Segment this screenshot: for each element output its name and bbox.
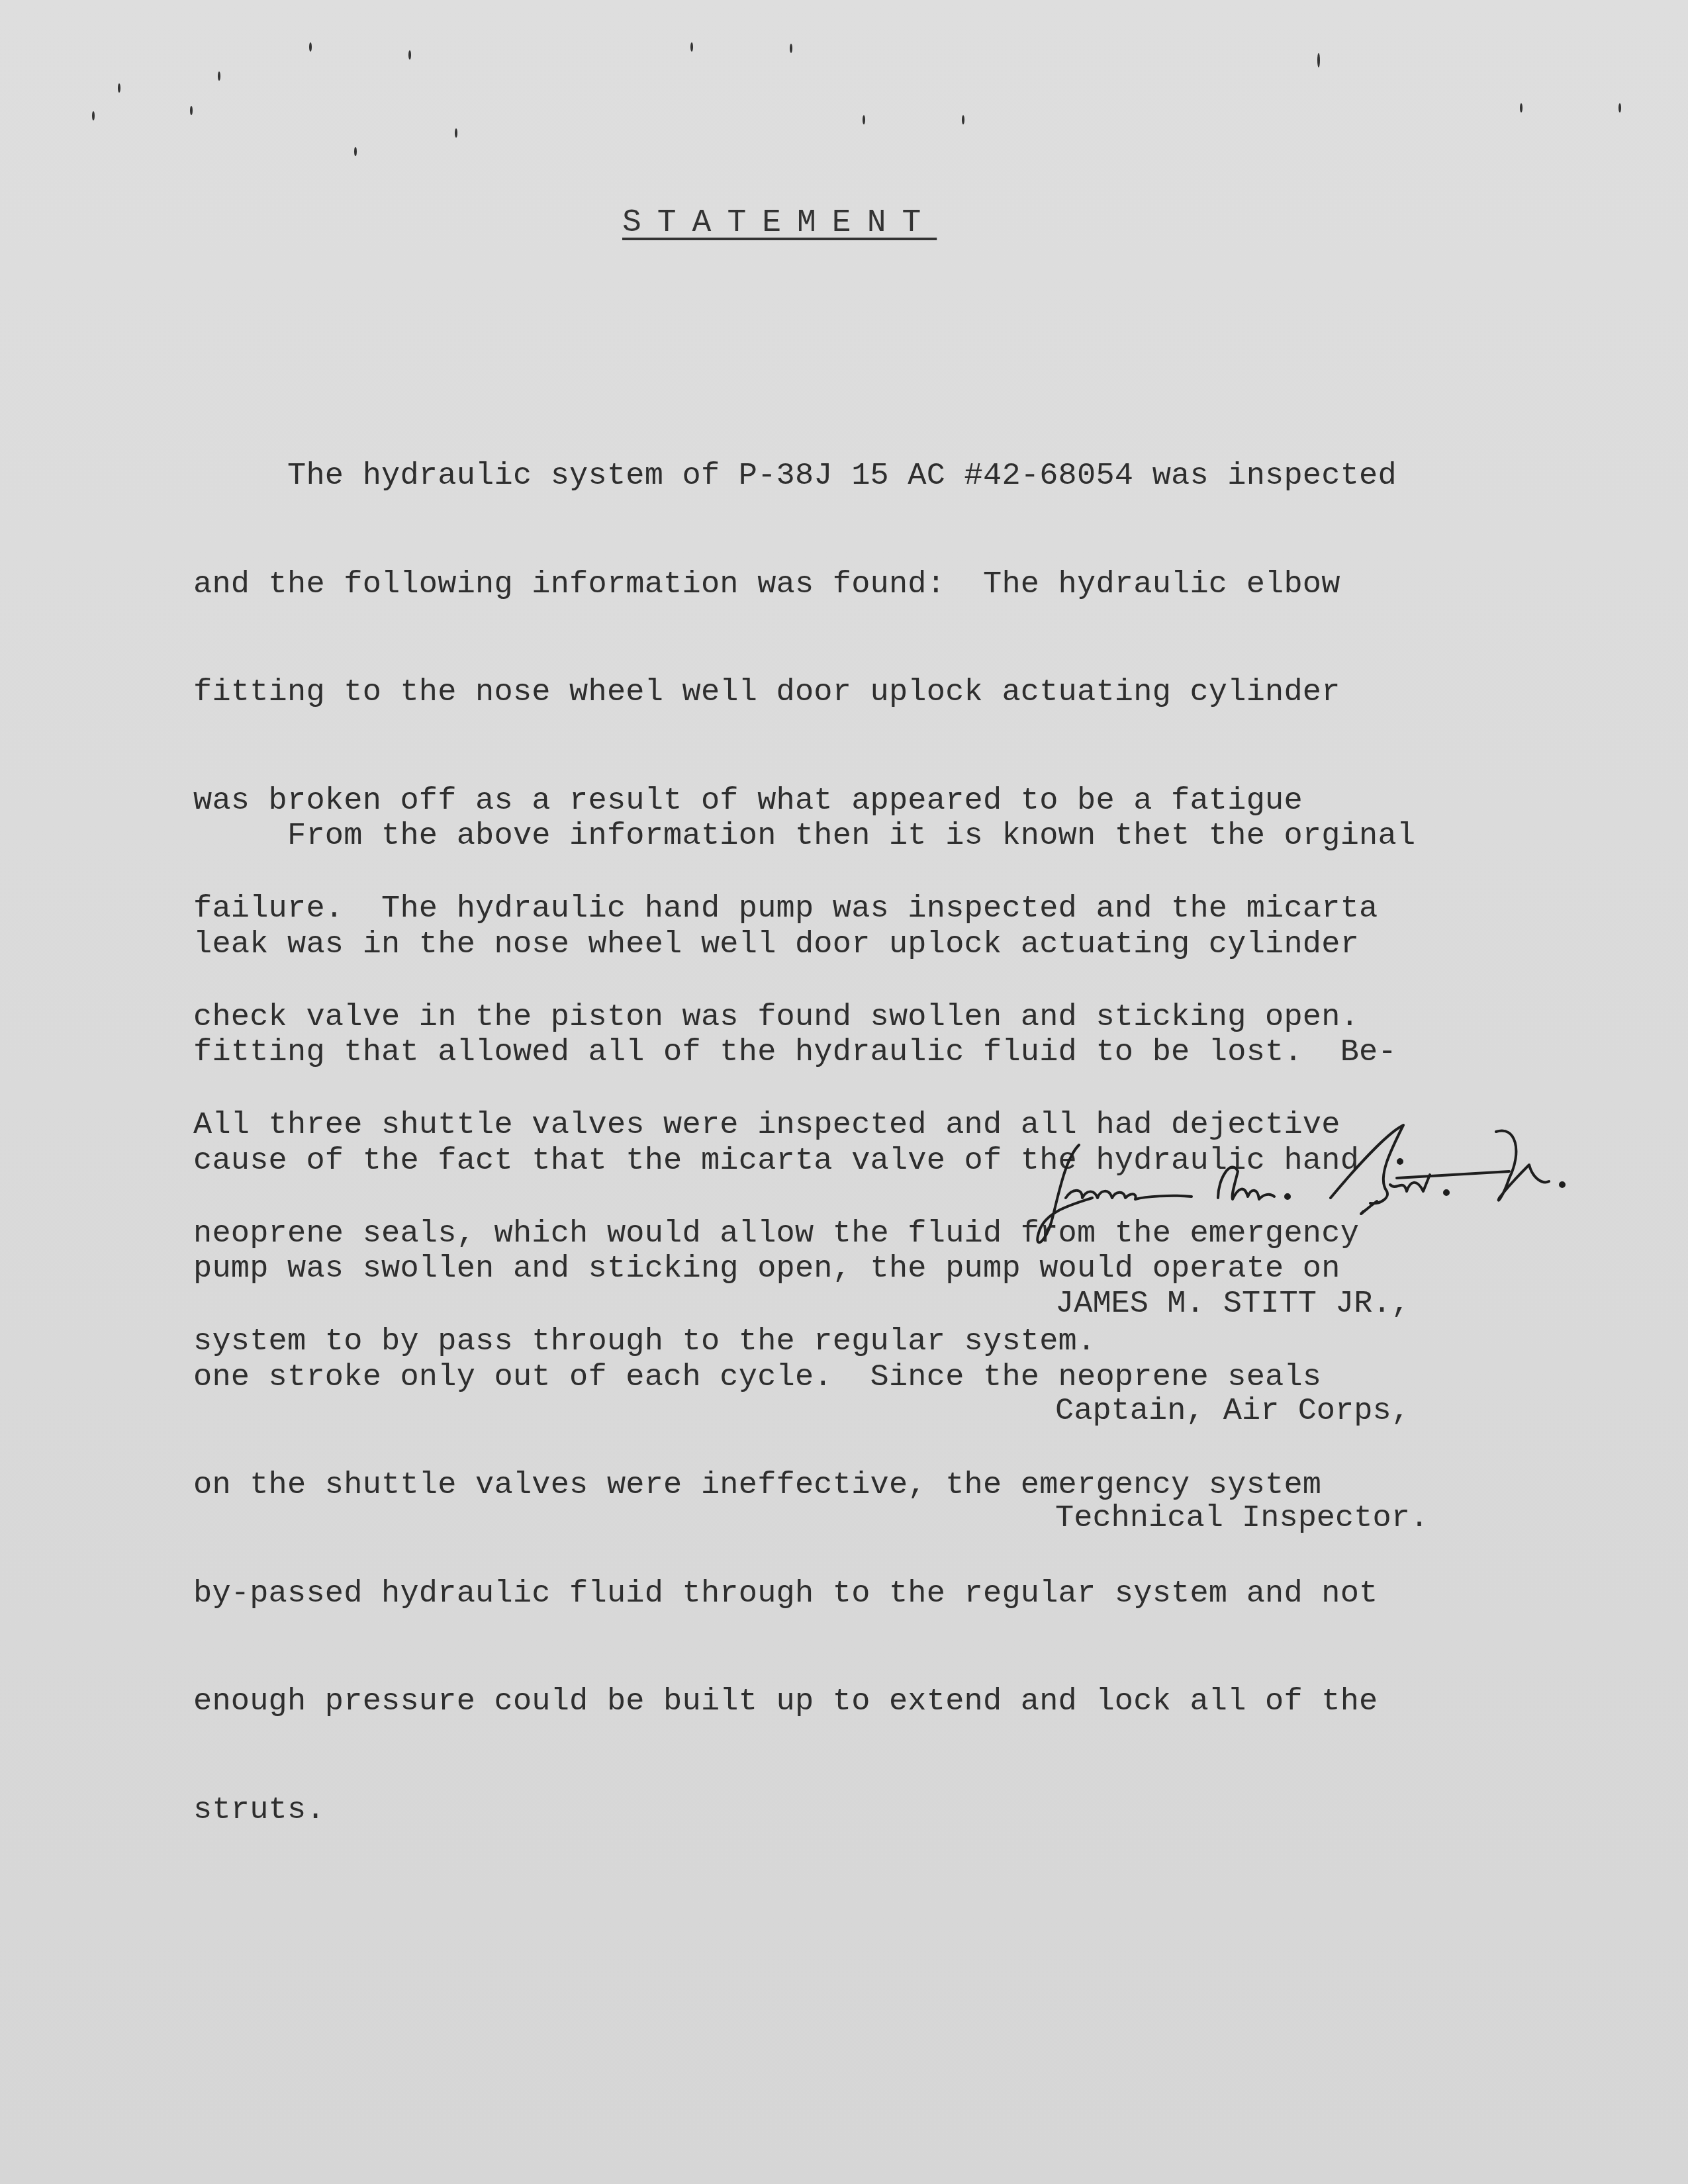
scan-speck [690, 42, 693, 52]
scan-speck [1520, 103, 1523, 113]
signatory-name: JAMES M. STITT JR., [1055, 1287, 1429, 1322]
scan-speck [309, 42, 312, 52]
text-line: From the above information then it is kn… [193, 819, 1623, 855]
document-page: STATEMENT The hydraulic system of P-38J … [0, 0, 1688, 2184]
scan-speck [790, 44, 792, 53]
document-title: STATEMENT [622, 205, 937, 241]
scan-speck [354, 147, 357, 156]
signatory-title: Technical Inspector. [1055, 1501, 1429, 1537]
text-line: The hydraulic system of P-38J 15 AC #42-… [193, 459, 1623, 495]
scan-speck [92, 111, 95, 120]
text-line: enough pressure could be built up to ext… [193, 1684, 1623, 1721]
scan-speck [190, 106, 193, 115]
signatory-rank: Captain, Air Corps, [1055, 1394, 1429, 1430]
text-line: and the following information was found:… [193, 567, 1623, 604]
scan-speck [408, 50, 411, 60]
text-line: struts. [193, 1793, 1623, 1829]
scan-speck [1618, 103, 1621, 113]
scan-speck [118, 83, 120, 93]
scan-speck [218, 71, 220, 81]
scan-speck [962, 115, 964, 124]
scan-speck [455, 128, 457, 138]
scan-speck [863, 115, 865, 124]
signature-block: JAMES M. STITT JR., Captain, Air Corps, … [1055, 1215, 1429, 1608]
scan-speck [1317, 53, 1320, 68]
text-line: leak was in the nose wheel well door upl… [193, 927, 1623, 964]
text-line: fitting to the nose wheel well door uplo… [193, 675, 1623, 711]
text-line: fitting that allowed all of the hydrauli… [193, 1035, 1623, 1071]
